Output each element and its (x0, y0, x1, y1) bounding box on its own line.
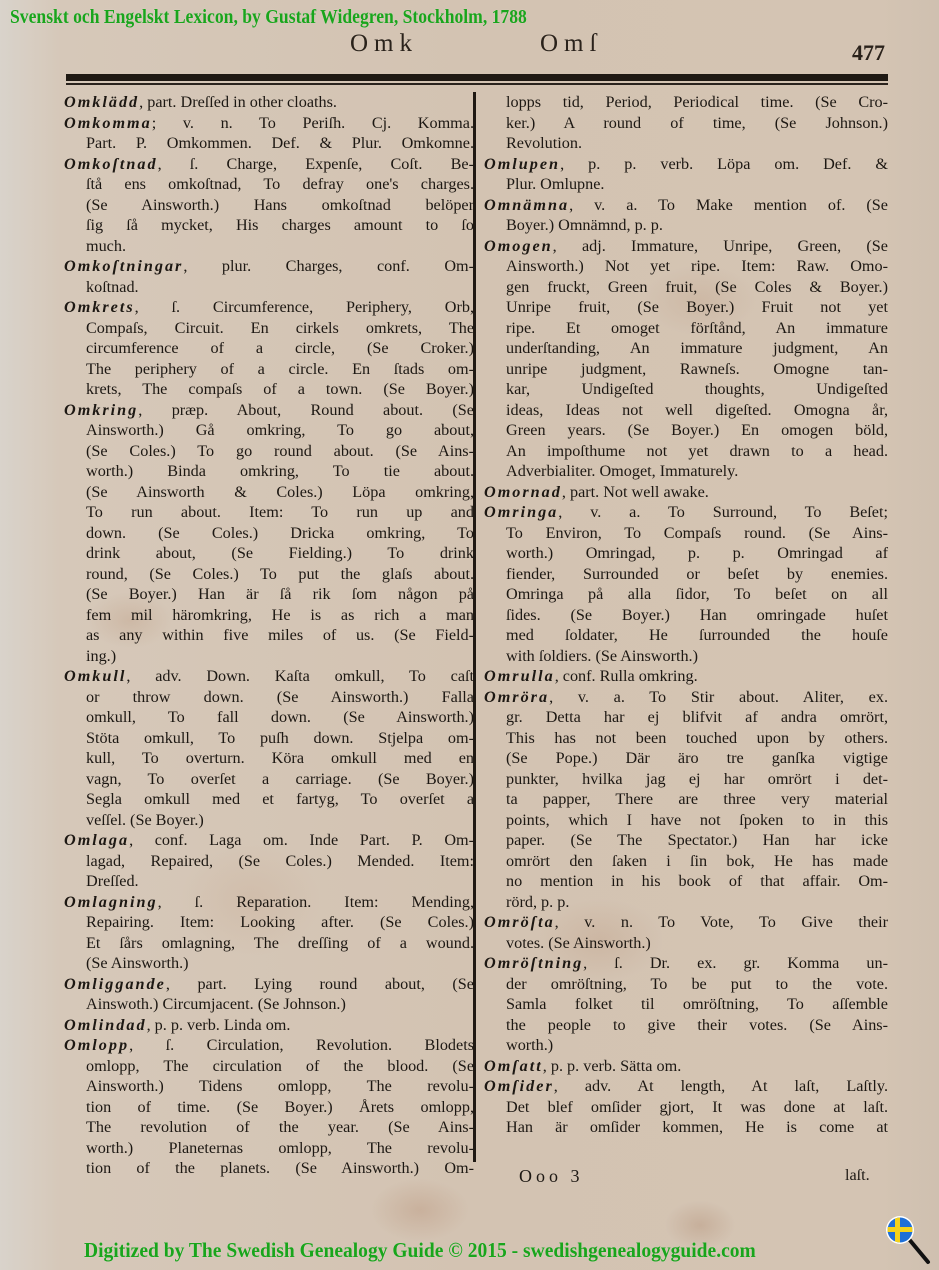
dictionary-continuation-line: gen fruckt, Green fruit, (Se Coles & Boy… (484, 277, 888, 298)
entry-text: Part. P. Omkommen. Def. & Plur. Omkomne. (86, 134, 474, 152)
dictionary-continuation-line: ta papper, There are three very material (484, 789, 888, 810)
entry-headword: Omringa (484, 503, 558, 521)
entry-text: , ſ. Circumference, Periphery, Orb, (135, 298, 474, 316)
dictionary-continuation-line: Ainsworth.) Not yet ripe. Item: Raw. Omo… (484, 256, 888, 277)
entry-text: Ainswoth.) Circumjacent. (Se Johnson.) (86, 995, 346, 1013)
entry-text: The revolution of the year. (Se Ains- (86, 1118, 474, 1136)
dictionary-continuation-line: worth.) Planeternas omlopp, The revolu- (64, 1138, 474, 1159)
entry-text: with ſoldiers. (Se Ainsworth.) (506, 647, 698, 665)
dictionary-continuation-line: no mention in his book of that affair. O… (484, 871, 888, 892)
dictionary-continuation-line: rörd, p. p. (484, 892, 888, 913)
entry-text: der omröſtning, To be put to the vote. (506, 975, 888, 993)
entry-text: , ſ. Circulation, Revolution. Blodets (129, 1036, 474, 1054)
entry-text: down. (Se Coles.) Dricka omkring, To (86, 524, 474, 542)
entry-text: This has not been touched upon by others… (506, 729, 888, 747)
entry-text: , part. Lying round about, (Se (166, 975, 474, 993)
dictionary-continuation-line: tion of the planets. (Se Ainsworth.) Om- (64, 1158, 474, 1179)
entry-text: Dreſſed. (86, 872, 139, 890)
entry-text: omkull, To fall down. (Se Ainsworth.) (86, 708, 474, 726)
entry-headword: Omkull (64, 667, 126, 685)
dictionary-continuation-line: Ainsworth.) Gå omkring, To go about, (64, 420, 474, 441)
entry-text: punkter, hvilka jag ej har omrört i det- (506, 770, 888, 788)
dictionary-continuation-line: ſtå ens omkoſtnad, To defray one's charg… (64, 174, 474, 195)
running-head-left: Omk (350, 30, 418, 58)
dictionary-continuation-line: with ſoldiers. (Se Ainsworth.) (484, 646, 888, 667)
dictionary-continuation-line: Unripe fruit, (Se Boyer.) Fruit not yet (484, 297, 888, 318)
dictionary-continuation-line: the people to give their votes. (Se Ains… (484, 1015, 888, 1036)
dictionary-continuation-line: An impoſthume not yet drawn to a head. (484, 441, 888, 462)
dictionary-continuation-line: omkull, To fall down. (Se Ainsworth.) (64, 707, 474, 728)
dictionary-continuation-line: vagn, To overſet a carriage. (Se Boyer.) (64, 769, 474, 790)
entry-text: unripe judgment, Rawneſs. Omogne tan- (506, 360, 888, 378)
entry-text: kull, To overturn. Köra omkull med en (86, 749, 474, 767)
dictionary-continuation-line: fiender, Surrounded or beſet by enemies. (484, 564, 888, 585)
entry-headword: Omklädd (64, 93, 139, 111)
dictionary-continuation-line: Et ſårs omlagning, The dreſſing of a wou… (64, 933, 474, 954)
entry-text: , adj. Immature, Unripe, Green, (Se (553, 237, 888, 255)
dictionary-continuation-line: drink about, (Se Fielding.) To drink (64, 543, 474, 564)
dictionary-entry-line: Omröra, v. a. To Stir about. Aliter, ex. (484, 687, 888, 708)
entry-text: lopps tid, Period, Periodical time. (Se … (506, 93, 888, 111)
entry-text: tion of the planets. (Se Ainsworth.) Om- (86, 1159, 474, 1177)
dictionary-entry-line: Omrulla, conf. Rulla omkring. (484, 666, 888, 687)
header-rule-thick (66, 74, 888, 81)
entry-text: koſtnad. (86, 278, 139, 296)
entry-text: (Se Ainsworth.) (86, 954, 189, 972)
entry-text: ripe. Et omoget förſtånd, An immature (506, 319, 888, 337)
dictionary-continuation-line: or throw down. (Se Ainsworth.) Falla (64, 687, 474, 708)
dictionary-continuation-line: lopps tid, Period, Periodical time. (Se … (484, 92, 888, 113)
entry-text: , p. p. verb. Löpa om. Def. & (560, 155, 888, 173)
dictionary-entry-line: Omkring, præp. About, Round about. (Se (64, 400, 474, 421)
entry-text: vagn, To overſet a carriage. (Se Boyer.) (86, 770, 474, 788)
dictionary-continuation-line: Ainswoth.) Circumjacent. (Se Johnson.) (64, 994, 474, 1015)
entry-headword: Omkoſtnad (64, 155, 158, 173)
dictionary-continuation-line: points, which I have not ſpoken to in th… (484, 810, 888, 831)
entry-text: Samla folket til omröſtning, To aſſemble (506, 995, 888, 1013)
dictionary-continuation-line: (Se Pope.) Där äro tre ganſka vigtige (484, 748, 888, 769)
entry-text: kar, Undigeſted thoughts, Undigeſted (506, 380, 888, 398)
dictionary-continuation-line: kar, Undigeſted thoughts, Undigeſted (484, 379, 888, 400)
dictionary-continuation-line: To run about. Item: To run up and (64, 502, 474, 523)
entry-headword: Omnämna (484, 196, 569, 214)
dictionary-continuation-line: ſides. (Se Boyer.) Han omringade huſet (484, 605, 888, 626)
entry-text: , ſ. Dr. ex. gr. Komma un- (583, 954, 888, 972)
entry-text: ideas, Ideas not well digeſted. Omogna å… (506, 401, 888, 419)
entry-text: krets, The compaſs of a town. (Se Boyer.… (86, 380, 474, 398)
entry-text: paper. (Se The Spectator.) Han har icke (506, 831, 888, 849)
dictionary-entry-line: Omklädd, part. Dreſſed in other cloaths. (64, 92, 474, 113)
top-watermark: Svenskt och Engelskt Lexicon, by Gustaf … (10, 6, 527, 29)
entry-text: Omringa på alla ſidor, To beſet on all (506, 585, 888, 603)
entry-text: much. (86, 237, 126, 255)
entry-text: (Se Ainsworth & Coles.) Löpa omkring, (86, 483, 474, 501)
dictionary-continuation-line: Omringa på alla ſidor, To beſet on all (484, 584, 888, 605)
dictionary-continuation-line: ker.) A round of time, (Se Johnson.) (484, 113, 888, 134)
entry-text: ker.) A round of time, (Se Johnson.) (506, 114, 888, 132)
dictionary-continuation-line: med ſoldater, He ſurrounded the houſe (484, 625, 888, 646)
dictionary-continuation-line: (Se Ainsworth.) (64, 953, 474, 974)
entry-headword: Omſatt (484, 1057, 543, 1075)
entry-text: lagad, Repaired, (Se Coles.) Mended. Ite… (86, 852, 474, 870)
entry-text: med ſoldater, He ſurrounded the houſe (506, 626, 888, 644)
dictionary-continuation-line: Revolution. (484, 133, 888, 154)
entry-text: omrört den ſaken i ſin bok, He has made (506, 852, 888, 870)
entry-text: , præp. About, Round about. (Se (138, 401, 474, 419)
dictionary-continuation-line: worth.) Omringad, p. p. Omringad af (484, 543, 888, 564)
entry-text: worth.) Binda omkring, To tie about. (86, 462, 474, 480)
dictionary-entry-line: Omröſta, v. n. To Vote, To Give their (484, 912, 888, 933)
entry-text: points, which I have not ſpoken to in th… (506, 811, 888, 829)
dictionary-continuation-line: as any within five miles of us. (Se Fiel… (64, 625, 474, 646)
entry-headword: Omkring (64, 401, 138, 419)
entry-text: ſides. (Se Boyer.) Han omringade huſet (506, 606, 888, 624)
entry-text: tion of time. (Se Boyer.) Årets omlopp, (86, 1098, 474, 1116)
dictionary-entry-line: Omkomma; v. n. To Periſh. Cj. Komma. (64, 113, 474, 134)
entry-text: , plur. Charges, conf. Om- (183, 257, 474, 275)
right-column: lopps tid, Period, Periodical time. (Se … (484, 92, 888, 1138)
dictionary-continuation-line: (Se Coles.) To go round about. (Se Ains- (64, 441, 474, 462)
entry-text: ſig ſå mycket, His charges amount to ſo (86, 216, 474, 234)
dictionary-continuation-line: votes. (Se Ainsworth.) (484, 933, 888, 954)
entry-text: Ainsworth.) Not yet ripe. Item: Raw. Omo… (506, 257, 888, 275)
dictionary-continuation-line: much. (64, 236, 474, 257)
catchword: laſt. (845, 1166, 870, 1185)
entry-text: as any within five miles of us. (Se Fiel… (86, 626, 474, 644)
entry-text: or throw down. (Se Ainsworth.) Falla (86, 688, 474, 706)
dictionary-continuation-line: kull, To overturn. Köra omkull med en (64, 748, 474, 769)
entry-text: Stöta omkull, To puſh down. Stjelpa om- (86, 729, 474, 747)
entry-text: veſſel. (Se Boyer.) (86, 811, 204, 829)
entry-text: worth.) Omringad, p. p. Omringad af (506, 544, 888, 562)
entry-text: Revolution. (506, 134, 582, 152)
dictionary-entry-line: Omogen, adj. Immature, Unripe, Green, (S… (484, 236, 888, 257)
entry-headword: Omornad (484, 483, 562, 501)
entry-text: the people to give their votes. (Se Ains… (506, 1016, 888, 1034)
page-number: 477 (852, 40, 885, 66)
entry-text: , conf. Laga om. Inde Part. P. Om- (129, 831, 474, 849)
entry-text: The periphery of a circle. En ſtads om- (86, 360, 474, 378)
entry-headword: Omliggande (64, 975, 166, 993)
entry-headword: Omröra (484, 688, 549, 706)
entry-text: votes. (Se Ainsworth.) (506, 934, 651, 952)
entry-text: Boyer.) Omnämnd, p. p. (506, 216, 663, 234)
dictionary-entry-line: Omnämna, v. a. To Make mention of. (Se (484, 195, 888, 216)
entry-text: gen fruckt, Green fruit, (Se Coles & Boy… (506, 278, 888, 296)
entry-headword: Omſider (484, 1077, 554, 1095)
dictionary-continuation-line: ſig ſå mycket, His charges amount to ſo (64, 215, 474, 236)
entry-text: , ſ. Charge, Expenſe, Coſt. Be- (158, 155, 474, 173)
entry-text: underſtanding, An immature judgment, An (506, 339, 888, 357)
entry-headword: Omlaga (64, 831, 129, 849)
entry-text: Det blef omſider gjort, It was done at l… (506, 1098, 888, 1116)
dictionary-continuation-line: worth.) Binda omkring, To tie about. (64, 461, 474, 482)
dictionary-continuation-line: koſtnad. (64, 277, 474, 298)
dictionary-continuation-line: Han är omſider kommen, He is come at (484, 1117, 888, 1138)
entry-text: fem mil häromkring, He is as rich a man (86, 606, 474, 624)
dictionary-entry-line: Omkull, adv. Down. Kaſta omkull, To caſt (64, 666, 474, 687)
dictionary-entry-line: Omlaga, conf. Laga om. Inde Part. P. Om- (64, 830, 474, 851)
signature-mark: Ooo 3 (519, 1166, 584, 1187)
entry-text: , v. a. To Surround, To Beſet; (558, 503, 888, 521)
dictionary-continuation-line: ing.) (64, 646, 474, 667)
entry-text: drink about, (Se Fielding.) To drink (86, 544, 474, 562)
dictionary-entry-line: Omlagning, ſ. Reparation. Item: Mending, (64, 892, 474, 913)
dictionary-continuation-line: Adverbialiter. Omoget, Immaturely. (484, 461, 888, 482)
entry-headword: Omröſta (484, 913, 555, 931)
dictionary-continuation-line: circumference of a circle, (Se Croker.) (64, 338, 474, 359)
dictionary-continuation-line: omrört den ſaken i ſin bok, He has made (484, 851, 888, 872)
entry-text: , ſ. Reparation. Item: Mending, (158, 893, 474, 911)
entry-text: ta papper, There are three very material (506, 790, 888, 808)
entry-text: , p. p. verb. Linda om. (147, 1016, 291, 1034)
dictionary-continuation-line: Repairing. Item: Looking after. (Se Cole… (64, 912, 474, 933)
dictionary-continuation-line: unripe judgment, Rawneſs. Omogne tan- (484, 359, 888, 380)
entry-text: , adv. Down. Kaſta omkull, To caſt (126, 667, 474, 685)
dictionary-entry-line: Omlupen, p. p. verb. Löpa om. Def. & (484, 154, 888, 175)
dictionary-continuation-line: Boyer.) Omnämnd, p. p. (484, 215, 888, 236)
dictionary-continuation-line: lagad, Repaired, (Se Coles.) Mended. Ite… (64, 851, 474, 872)
dictionary-continuation-line: krets, The compaſs of a town. (Se Boyer.… (64, 379, 474, 400)
header-rule-thin (66, 83, 888, 85)
entry-text: Et ſårs omlagning, The dreſſing of a wou… (86, 934, 474, 952)
dictionary-continuation-line: Compaſs, Circuit. En cirkels omkrets, Th… (64, 318, 474, 339)
dictionary-continuation-line: (Se Ainsworth & Coles.) Löpa omkring, (64, 482, 474, 503)
entry-text: fiender, Surrounded or beſet by enemies. (506, 565, 888, 583)
dictionary-entry-line: Omlopp, ſ. Circulation, Revolution. Blod… (64, 1035, 474, 1056)
entry-text: round, (Se Coles.) To put the glaſs abou… (86, 565, 474, 583)
entry-text: , part. Not well awake. (562, 483, 709, 501)
dictionary-continuation-line: To Environ, To Compaſs round. (Se Ains- (484, 523, 888, 544)
swedish-flag-magnifier-icon (884, 1214, 934, 1266)
entry-text: , part. Dreſſed in other cloaths. (139, 93, 337, 111)
dictionary-continuation-line: Green years. (Se Boyer.) En omogen böld, (484, 420, 888, 441)
entry-text: Ainsworth.) Gå omkring, To go about, (86, 421, 474, 439)
dictionary-continuation-line: The revolution of the year. (Se Ains- (64, 1117, 474, 1138)
dictionary-continuation-line: underſtanding, An immature judgment, An (484, 338, 888, 359)
dictionary-continuation-line: round, (Se Coles.) To put the glaſs abou… (64, 564, 474, 585)
dictionary-entry-line: Omſatt, p. p. verb. Sätta om. (484, 1056, 888, 1077)
dictionary-continuation-line: This has not been touched upon by others… (484, 728, 888, 749)
dictionary-continuation-line: paper. (Se The Spectator.) Han har icke (484, 830, 888, 851)
dictionary-entry-line: Omkoſtningar, plur. Charges, conf. Om- (64, 256, 474, 277)
dictionary-entry-line: Omringa, v. a. To Surround, To Beſet; (484, 502, 888, 523)
entry-text: , v. n. To Vote, To Give their (555, 913, 888, 931)
dictionary-continuation-line: veſſel. (Se Boyer.) (64, 810, 474, 831)
entry-text: , v. a. To Stir about. Aliter, ex. (549, 688, 888, 706)
dictionary-continuation-line: gr. Detta har ej blifvit af andra omrört… (484, 707, 888, 728)
dictionary-entry-line: Omkoſtnad, ſ. Charge, Expenſe, Coſt. Be- (64, 154, 474, 175)
entry-text: (Se Pope.) Där äro tre ganſka vigtige (506, 749, 888, 767)
entry-headword: Omkrets (64, 298, 135, 316)
entry-text: (Se Coles.) To go round about. (Se Ains- (86, 442, 474, 460)
dictionary-entry-line: Omliggande, part. Lying round about, (Se (64, 974, 474, 995)
dictionary-continuation-line: Segla omkull med et fartyg, To overſet a (64, 789, 474, 810)
entry-text: , v. a. To Make mention of. (Se (569, 196, 888, 214)
dictionary-continuation-line: Samla folket til omröſtning, To aſſemble (484, 994, 888, 1015)
entry-text: ing.) (86, 647, 116, 665)
entry-text: Compaſs, Circuit. En cirkels omkrets, Th… (86, 319, 474, 337)
dictionary-continuation-line: omlopp, The circulation of the blood. (S… (64, 1056, 474, 1077)
dictionary-continuation-line: worth.) (484, 1035, 888, 1056)
entry-text: Adverbialiter. Omoget, Immaturely. (506, 462, 738, 480)
entry-text: Repairing. Item: Looking after. (Se Cole… (86, 913, 474, 931)
entry-headword: Omkomma (64, 114, 152, 132)
dictionary-continuation-line: Stöta omkull, To puſh down. Stjelpa om- (64, 728, 474, 749)
entry-text: , p. p. verb. Sätta om. (543, 1057, 681, 1075)
dictionary-continuation-line: The periphery of a circle. En ſtads om- (64, 359, 474, 380)
dictionary-continuation-line: Part. P. Omkommen. Def. & Plur. Omkomne. (64, 133, 474, 154)
entry-text: Ainsworth.) Tidens omlopp, The revolu- (86, 1077, 474, 1095)
dictionary-entry-line: Omornad, part. Not well awake. (484, 482, 888, 503)
entry-text: worth.) Planeternas omlopp, The revolu- (86, 1139, 474, 1157)
entry-text: , conf. Rulla omkring. (555, 667, 698, 685)
entry-headword: Omlupen (484, 155, 560, 173)
entry-headword: Omogen (484, 237, 553, 255)
entry-text: To Environ, To Compaſs round. (Se Ains- (506, 524, 888, 542)
dictionary-continuation-line: (Se Boyer.) Han är ſå rik ſom någon på (64, 584, 474, 605)
dictionary-continuation-line: down. (Se Coles.) Dricka omkring, To (64, 523, 474, 544)
entry-text: Plur. Omlupne. (506, 175, 604, 193)
dictionary-continuation-line: fem mil häromkring, He is as rich a man (64, 605, 474, 626)
dictionary-entry-line: Omkrets, ſ. Circumference, Periphery, Or… (64, 297, 474, 318)
running-head-right: Omſ (540, 30, 602, 58)
entry-text: ; v. n. To Periſh. Cj. Komma. (152, 114, 474, 132)
entry-text: worth.) (506, 1036, 553, 1054)
bottom-watermark: Digitized by The Swedish Genealogy Guide… (84, 1238, 756, 1263)
entry-text: Segla omkull med et fartyg, To overſet a (86, 790, 474, 808)
dictionary-continuation-line: tion of time. (Se Boyer.) Årets omlopp, (64, 1097, 474, 1118)
entry-text: Unripe fruit, (Se Boyer.) Fruit not yet (506, 298, 888, 316)
entry-text: ſtå ens omkoſtnad, To defray one's charg… (86, 175, 474, 193)
dictionary-continuation-line: Dreſſed. (64, 871, 474, 892)
entry-headword: Omlopp (64, 1036, 129, 1054)
dictionary-entry-line: Omſider, adv. At length, At laſt, Laſtly… (484, 1076, 888, 1097)
dictionary-entry-line: Omröſtning, ſ. Dr. ex. gr. Komma un- (484, 953, 888, 974)
entry-headword: Omkoſtningar (64, 257, 183, 275)
entry-text: gr. Detta har ej blifvit af andra omrört… (506, 708, 888, 726)
dictionary-continuation-line: (Se Ainsworth.) Hans omkoſtnad belöper (64, 195, 474, 216)
entry-text: (Se Boyer.) Han är ſå rik ſom någon på (86, 585, 474, 603)
dictionary-continuation-line: Det blef omſider gjort, It was done at l… (484, 1097, 888, 1118)
entry-text: , adv. At length, At laſt, Laſtly. (554, 1077, 888, 1095)
dictionary-continuation-line: ideas, Ideas not well digeſted. Omogna å… (484, 400, 888, 421)
entry-headword: Omlagning (64, 893, 158, 911)
dictionary-entry-line: Omlindad, p. p. verb. Linda om. (64, 1015, 474, 1036)
entry-headword: Omröſtning (484, 954, 583, 972)
entry-text: Han är omſider kommen, He is come at (506, 1118, 888, 1136)
entry-text: rörd, p. p. (506, 893, 569, 911)
dictionary-continuation-line: Ainsworth.) Tidens omlopp, The revolu- (64, 1076, 474, 1097)
entry-text: Green years. (Se Boyer.) En omogen böld, (506, 421, 888, 439)
dictionary-continuation-line: ripe. Et omoget förſtånd, An immature (484, 318, 888, 339)
dictionary-continuation-line: Plur. Omlupne. (484, 174, 888, 195)
entry-text: omlopp, The circulation of the blood. (S… (86, 1057, 474, 1075)
dictionary-continuation-line: punkter, hvilka jag ej har omrört i det- (484, 769, 888, 790)
entry-text: An impoſthume not yet drawn to a head. (506, 442, 888, 460)
entry-headword: Omlindad (64, 1016, 147, 1034)
entry-text: circumference of a circle, (Se Croker.) (86, 339, 474, 357)
entry-text: To run about. Item: To run up and (86, 503, 474, 521)
left-column: Omklädd, part. Dreſſed in other cloaths.… (64, 92, 474, 1179)
dictionary-continuation-line: der omröſtning, To be put to the vote. (484, 974, 888, 995)
entry-headword: Omrulla (484, 667, 555, 685)
entry-text: (Se Ainsworth.) Hans omkoſtnad belöper (86, 196, 474, 214)
entry-text: no mention in his book of that affair. O… (506, 872, 888, 890)
